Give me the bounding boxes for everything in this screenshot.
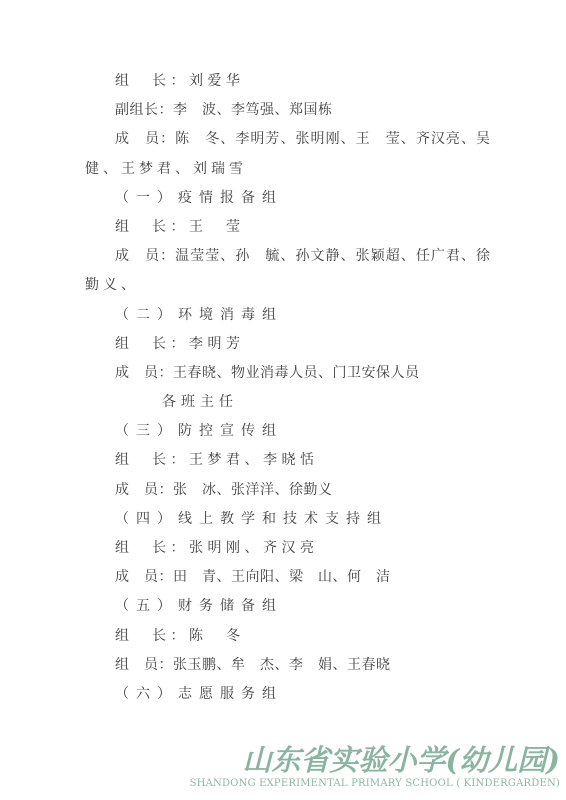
text-line: 组 长：张明刚、齐汉亮 — [85, 534, 490, 563]
text-line: 组 长：王 莹 — [85, 213, 490, 242]
text-line: 组 长：刘爱华 — [85, 67, 490, 96]
text-line: （一）疫情报备组 — [85, 184, 490, 213]
text-line: 组 员：张玉鹏、牟 杰、李 娟、王春晓 — [85, 651, 490, 680]
text-line: 成 员：张 冰、张洋洋、徐勤义 — [85, 476, 490, 505]
text-line: （四）线上教学和技术支持组 — [85, 505, 490, 534]
text-line: （二）环境消毒组 — [85, 301, 490, 330]
text-line: （五）财务储备组 — [85, 592, 490, 621]
text-line: 组 长：李明芳 — [85, 330, 490, 359]
footer: 山东省实验小学(幼儿园) SHANDONG EXPERIMENTAL PRIMA… — [190, 742, 560, 789]
text-line: （六）志愿服务组 — [85, 680, 490, 709]
text-line: （三）防控宣传组 — [85, 417, 490, 446]
text-line: 成 员：陈 冬、李明芳、张明刚、王 莹、齐汉亮、吴 — [85, 125, 490, 154]
text-line: 成 员：温莹莹、孙 毓、孙文静、张颖超、任广君、徐 — [85, 242, 490, 271]
document-body: 组 长：刘爱华副组长：李 波、李笃强、郑国栋成 员：陈 冬、李明芳、张明刚、王 … — [85, 67, 490, 709]
text-line: 各班主任 — [85, 388, 490, 417]
page: 组 长：刘爱华副组长：李 波、李笃强、郑国栋成 员：陈 冬、李明芳、张明刚、王 … — [0, 0, 566, 800]
text-line: 成 员：田 青、王向阳、梁 山、何 洁 — [85, 563, 490, 592]
text-line: 勤义、 — [85, 271, 490, 300]
text-line: 副组长：李 波、李笃强、郑国栋 — [85, 96, 490, 125]
school-logo-english: SHANDONG EXPERIMENTAL PRIMARY SCHOOL ( K… — [190, 778, 560, 789]
text-line: 组 长：王梦君、李晓恬 — [85, 446, 490, 475]
text-line: 组 长：陈 冬 — [85, 622, 490, 651]
school-logo-chinese: 山东省实验小学(幼儿园) — [190, 742, 560, 778]
text-line: 成 员：王春晓、物业消毒人员、门卫安保人员 — [85, 359, 490, 388]
text-line: 健、王梦君、刘瑞雪 — [85, 155, 490, 184]
